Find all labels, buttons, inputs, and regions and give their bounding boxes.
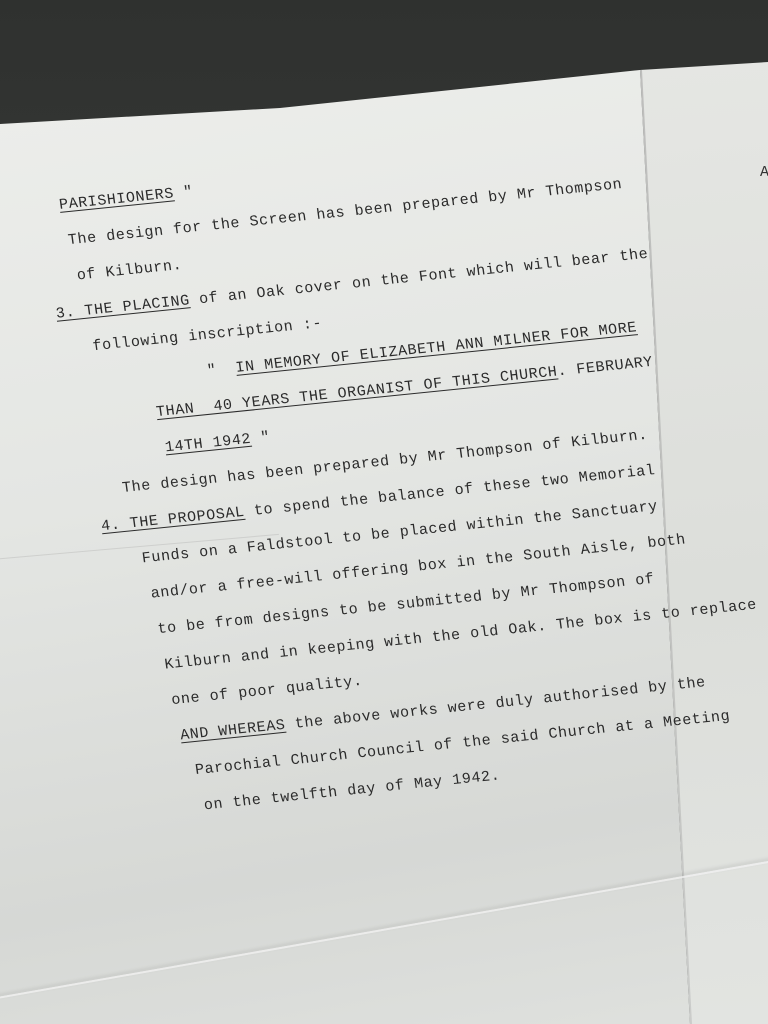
typewritten-body: PARISHIONERS " The design for the Screen…	[58, 123, 768, 838]
